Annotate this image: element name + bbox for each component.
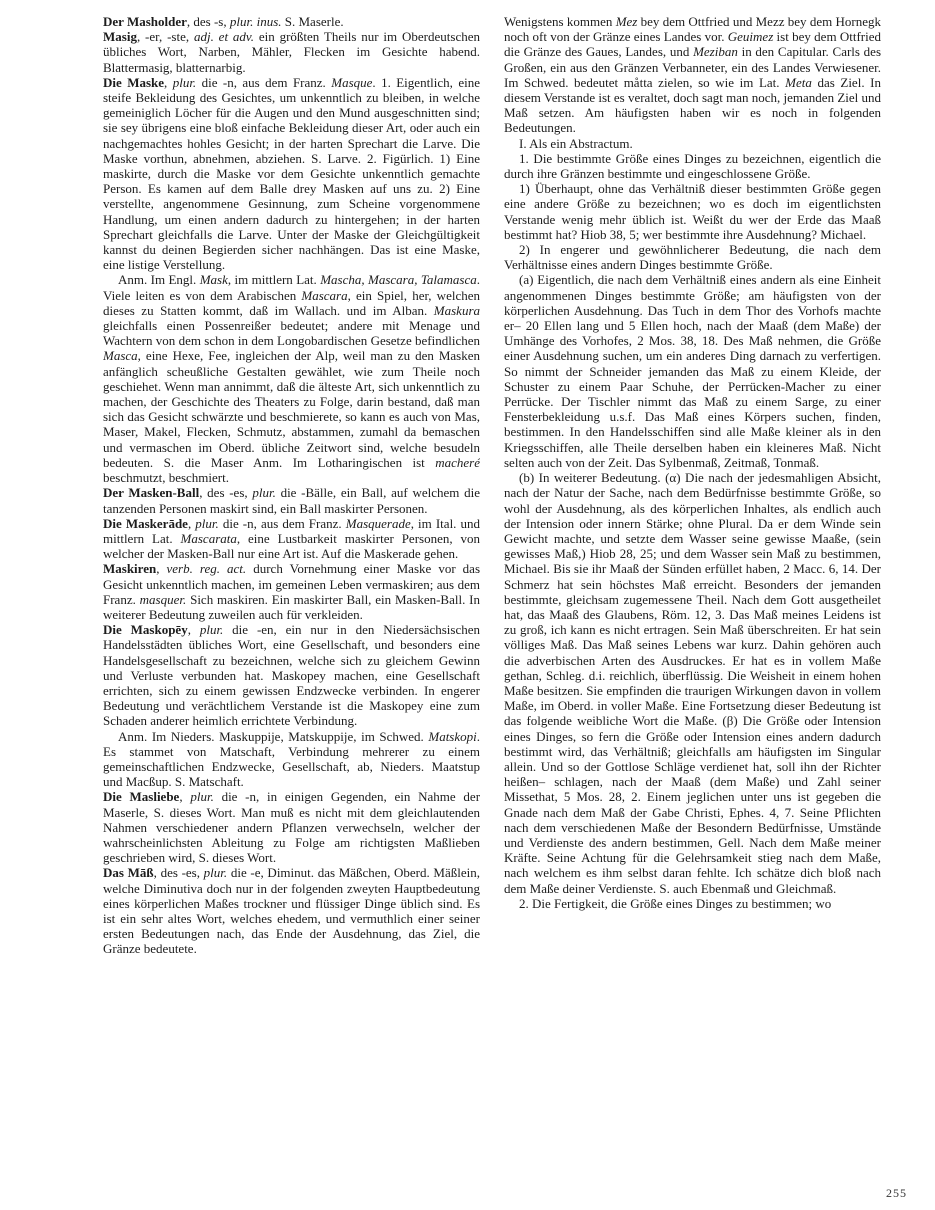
text-run: masquer. [140, 592, 187, 607]
text-run: plur. inus. [230, 14, 282, 29]
paragraph: Anm. Im Nieders. Maskuppije, Matskuppije… [103, 729, 480, 790]
text-run: Matskopi [428, 729, 476, 744]
headword: Masig [103, 29, 137, 44]
text-run: verb. reg. act. [167, 561, 247, 576]
paragraph: 1) Überhaupt, ohne das Verhältniß dieser… [504, 181, 881, 242]
text-run: Geuimez [728, 29, 774, 44]
text-run: Meziban [693, 44, 738, 59]
text-run: Masquerade [346, 516, 411, 531]
text-run: , eine Hexe, Fee, ingleichen der Alp, we… [103, 348, 480, 469]
text-run: , des -s, [187, 14, 230, 29]
text-run: macheré [435, 455, 480, 470]
paragraph: Wenigstens kommen Mez bey dem Ottfried u… [504, 14, 881, 136]
headword: Der Masholder [103, 14, 187, 29]
text-run: Masca [103, 348, 138, 363]
text-run: , des -es, [154, 865, 204, 880]
text-run: 1) Überhaupt, ohne das Verhältniß dieser… [504, 181, 881, 242]
headword: Die Maske [103, 75, 164, 90]
text-run: Wenigstens kommen [504, 14, 616, 29]
paragraph: Die Maskerāde, plur. die -n, aus dem Fra… [103, 516, 480, 562]
headword: Die Maskerāde [103, 516, 188, 531]
page-number: 255 [886, 1186, 907, 1201]
text-run: gleichfalls einen Possenreißer bedeutet;… [103, 318, 480, 348]
text-run: die -en, ein nur in den Niedersächsische… [103, 622, 480, 728]
headword: Maskiren [103, 561, 156, 576]
text-run: . 1. Eigentlich, eine steife Bekleidung … [103, 75, 480, 272]
text-run: adj. et adv. [194, 29, 254, 44]
text-run: Mask [200, 272, 228, 287]
paragraph: (a) Eigentlich, die nach dem Verhältniß … [504, 272, 881, 470]
left-column: Der Masholder, des -s, plur. inus. S. Ma… [103, 14, 480, 1198]
text-columns: Der Masholder, des -s, plur. inus. S. Ma… [103, 14, 881, 1198]
text-run: plur. [195, 516, 218, 531]
text-run: S. Maserle. [282, 14, 344, 29]
text-run: Mascha, Mascara, Talamasca [320, 272, 477, 287]
text-run: I. Als ein Abstractum. [519, 136, 633, 151]
paragraph: Der Masken-Ball, des -es, plur. die -Bäl… [103, 485, 480, 515]
text-run: , des -es, [199, 485, 252, 500]
text-run: , im mittlern Lat. [228, 272, 320, 287]
text-run: plur. [173, 75, 196, 90]
paragraph: 1. Die bestimmte Größe eines Dinges zu b… [504, 151, 881, 181]
text-run: plur. [200, 622, 223, 637]
text-run: Maskura [434, 303, 480, 318]
text-run: (a) Eigentlich, die nach dem Verhältniß … [504, 272, 881, 469]
headword: Die Masliebe [103, 789, 179, 804]
text-run: Meta [785, 75, 812, 90]
text-run: 1. Die bestimmte Größe eines Dinges zu b… [504, 151, 881, 181]
text-run: , [188, 622, 200, 637]
text-run: , [179, 789, 190, 804]
right-column: Wenigstens kommen Mez bey dem Ottfried u… [504, 14, 881, 1198]
headword: Der Masken-Ball [103, 485, 199, 500]
text-run: beschmutzt, beschmiert. [103, 470, 229, 485]
text-run: die -n, aus dem Franz. [219, 516, 346, 531]
paragraph: Maskiren, verb. reg. act. durch Vornehmu… [103, 561, 480, 622]
text-run: Mascara [301, 288, 347, 303]
headword: Das Māß [103, 865, 154, 880]
paragraph: Masig, -er, -ste, adj. et adv. ein größt… [103, 29, 480, 75]
text-run: , [156, 561, 166, 576]
text-run: plur. [204, 865, 227, 880]
text-run: Mascarata [181, 531, 237, 546]
text-run: 2. Die Fertigkeit, die Größe eines Dinge… [519, 896, 831, 911]
text-run: die -n, aus dem Franz. [196, 75, 331, 90]
paragraph: Das Māß, des -es, plur. die -e, Diminut.… [103, 865, 480, 956]
text-run: plur. [252, 485, 275, 500]
text-run: , [164, 75, 173, 90]
paragraph: Die Maske, plur. die -n, aus dem Franz. … [103, 75, 480, 273]
text-run: Mez [616, 14, 638, 29]
text-run: (b) In weiterer Bedeutung. (α) Die nach … [504, 470, 881, 895]
text-run: Anm. Im Engl. [118, 272, 200, 287]
text-run: 2) In engerer und gewöhnlicherer Bedeutu… [504, 242, 881, 272]
paragraph: I. Als ein Abstractum. [504, 136, 881, 151]
text-run: , -er, -ste, [137, 29, 194, 44]
paragraph: Die Masliebe, plur. die -n, in einigen G… [103, 789, 480, 865]
text-run: Masque [331, 75, 372, 90]
headword: Die Maskopēy [103, 622, 188, 637]
paragraph: Anm. Im Engl. Mask, im mittlern Lat. Mas… [103, 272, 480, 485]
paragraph: Die Maskopēy, plur. die -en, ein nur in … [103, 622, 480, 728]
text-run: Anm. Im Nieders. Maskuppije, Matskuppije… [118, 729, 428, 744]
dictionary-page: Der Masholder, des -s, plur. inus. S. Ma… [0, 0, 935, 1210]
paragraph: 2. Die Fertigkeit, die Größe eines Dinge… [504, 896, 881, 911]
paragraph: 2) In engerer und gewöhnlicherer Bedeutu… [504, 242, 881, 272]
text-run: plur. [190, 789, 213, 804]
paragraph: (b) In weiterer Bedeutung. (α) Die nach … [504, 470, 881, 896]
paragraph: Der Masholder, des -s, plur. inus. S. Ma… [103, 14, 480, 29]
